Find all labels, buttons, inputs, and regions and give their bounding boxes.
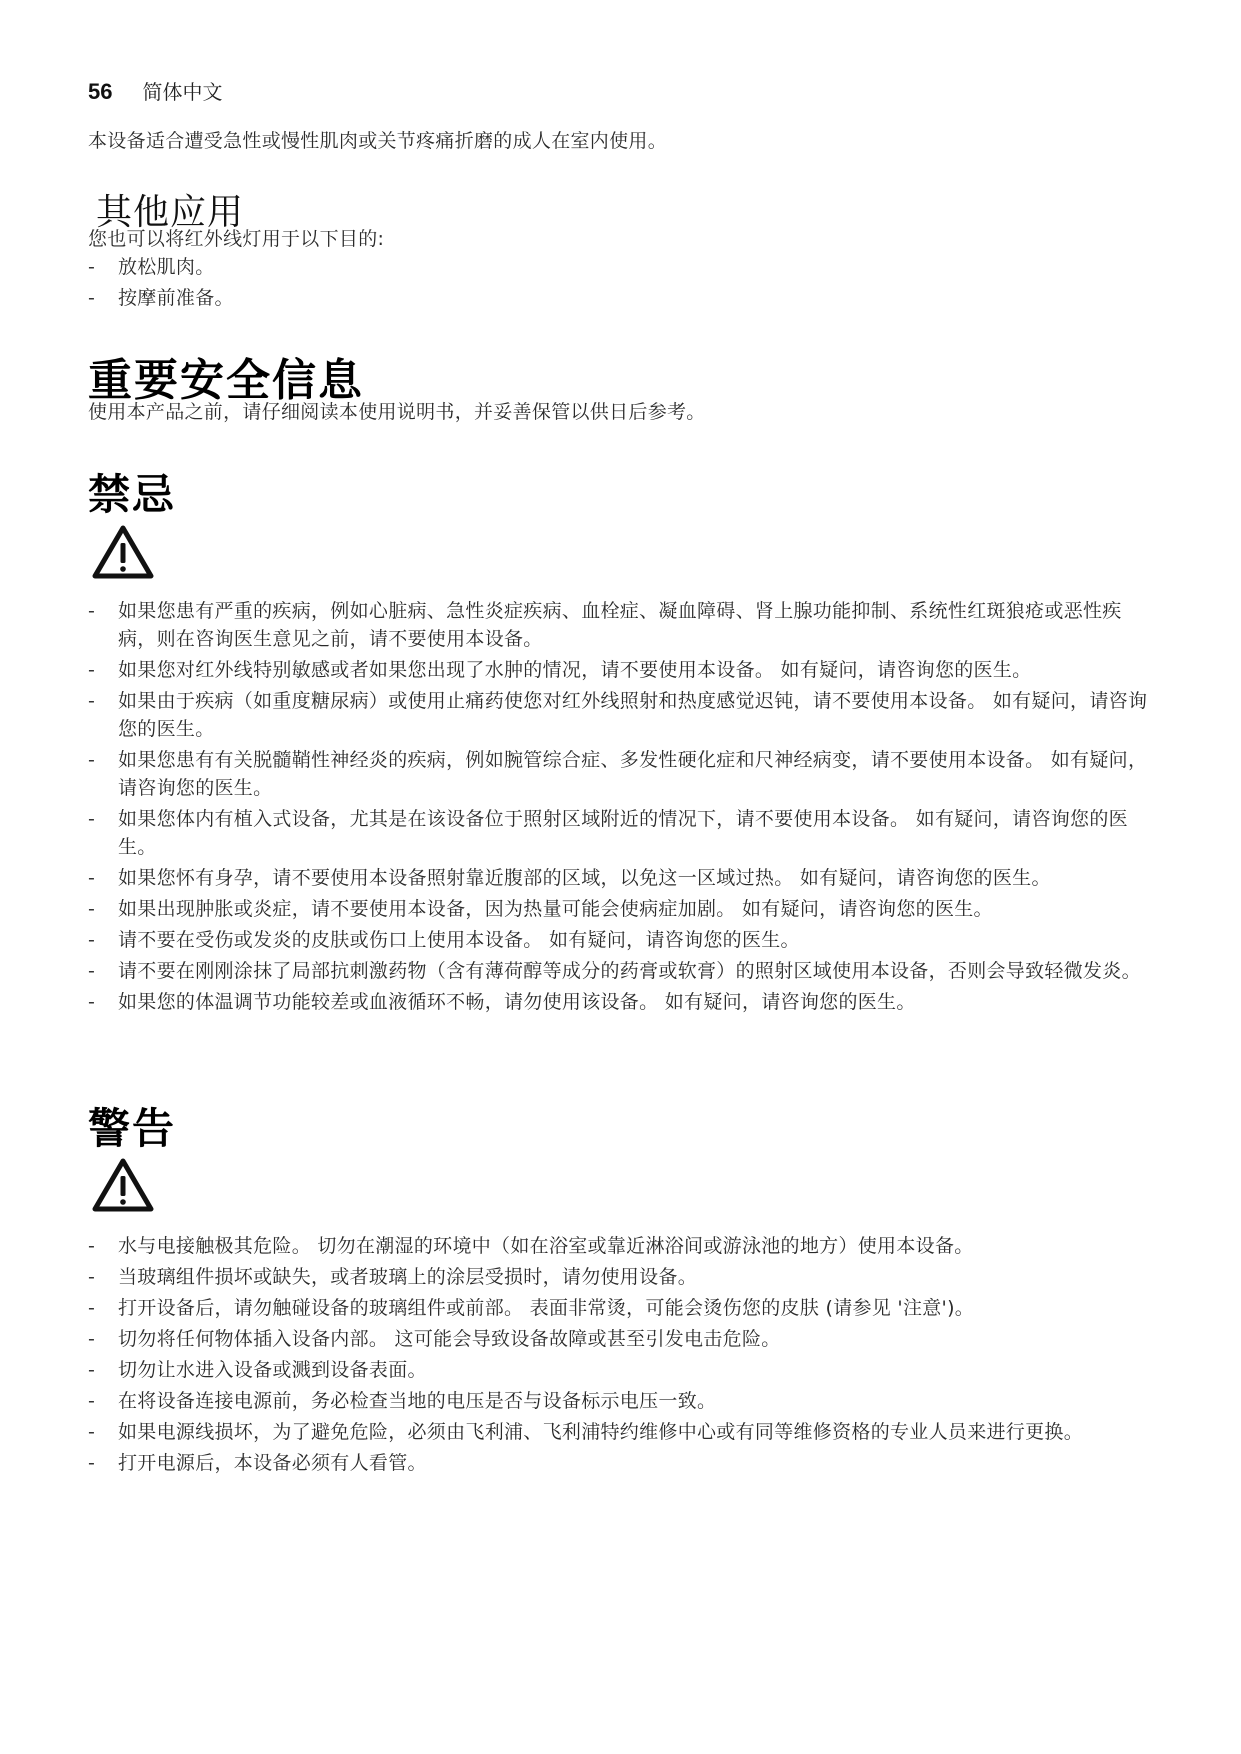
warning-triangle-icon bbox=[91, 524, 155, 584]
list-dash: - bbox=[88, 957, 108, 985]
list-dash: - bbox=[88, 895, 108, 923]
page-number: 56 bbox=[88, 79, 112, 105]
page-header: 56 简体中文 bbox=[88, 76, 222, 105]
list-dash: - bbox=[88, 1449, 108, 1477]
safety-paragraph: 使用本产品之前，请仔细阅读本使用说明书，并妥善保管以供日后参考。 bbox=[88, 397, 706, 427]
list-dash: - bbox=[88, 988, 108, 1016]
list-item: -打开设备后，请勿触碰设备的玻璃组件或前部。 表面非常烫，可能会烫伤您的皮肤 (… bbox=[88, 1294, 1148, 1322]
list-dash: - bbox=[88, 926, 108, 954]
list-dash: - bbox=[88, 656, 108, 684]
list-item: -切勿将任何物体插入设备内部。 这可能会导致设备故障或甚至引发电击危险。 bbox=[88, 1325, 1148, 1353]
list-dash: - bbox=[88, 1387, 108, 1415]
list-dash: - bbox=[88, 687, 108, 715]
other-uses-lead: 您也可以将红外线灯用于以下目的: bbox=[88, 224, 384, 254]
list-item: -如果您体内有植入式设备，尤其是在该设备位于照射区域附近的情况下，请不要使用本设… bbox=[88, 805, 1148, 861]
list-item: -如果出现肿胀或炎症，请不要使用本设备，因为热量可能会使病症加剧。 如有疑问，请… bbox=[88, 895, 1148, 923]
contraindications-heading: 禁忌 bbox=[88, 462, 176, 522]
list-item: -请不要在刚刚涂抹了局部抗刺激药物（含有薄荷醇等成分的药膏或软膏）的照射区域使用… bbox=[88, 957, 1148, 985]
list-item: -如果由于疾病（如重度糖尿病）或使用止痛药使您对红外线照射和热度感觉迟钝，请不要… bbox=[88, 687, 1148, 743]
list-dash: - bbox=[88, 284, 108, 312]
list-dash: - bbox=[88, 1294, 108, 1322]
list-dash: - bbox=[88, 1232, 108, 1260]
list-dash: - bbox=[88, 1325, 108, 1353]
warning-triangle-icon bbox=[91, 1157, 155, 1217]
list-dash: - bbox=[88, 253, 108, 281]
list-item: -如果您患有有关脱髓鞘性神经炎的疾病，例如腕管综合症、多发性硬化症和尺神经病变，… bbox=[88, 746, 1148, 802]
contraindications-list: -如果您患有严重的疾病，例如心脏病、急性炎症疾病、血栓症、凝血障碍、肾上腺功能抑… bbox=[88, 597, 1148, 1019]
list-item: -如果电源线损坏，为了避免危险，必须由飞利浦、飞利浦特约维修中心或有同等维修资格… bbox=[88, 1418, 1148, 1446]
list-dash: - bbox=[88, 597, 108, 625]
list-dash: - bbox=[88, 746, 108, 774]
language-label: 简体中文 bbox=[142, 76, 222, 105]
other-uses-list: -放松肌肉。 -按摩前准备。 bbox=[88, 253, 1148, 315]
list-item: -按摩前准备。 bbox=[88, 284, 1148, 312]
list-item: -在将设备连接电源前，务必检查当地的电压是否与设备标示电压一致。 bbox=[88, 1387, 1148, 1415]
warnings-heading: 警告 bbox=[88, 1096, 176, 1156]
list-dash: - bbox=[88, 1263, 108, 1291]
list-item: -当玻璃组件损坏或缺失，或者玻璃上的涂层受损时，请勿使用设备。 bbox=[88, 1263, 1148, 1291]
list-item: -放松肌肉。 bbox=[88, 253, 1148, 281]
list-item: -切勿让水进入设备或溅到设备表面。 bbox=[88, 1356, 1148, 1384]
list-item: -如果您怀有身孕，请不要使用本设备照射靠近腹部的区域，以免这一区域过热。 如有疑… bbox=[88, 864, 1148, 892]
list-dash: - bbox=[88, 1418, 108, 1446]
list-item: -打开电源后，本设备必须有人看管。 bbox=[88, 1449, 1148, 1477]
list-dash: - bbox=[88, 1356, 108, 1384]
list-item: -如果您患有严重的疾病，例如心脏病、急性炎症疾病、血栓症、凝血障碍、肾上腺功能抑… bbox=[88, 597, 1148, 653]
list-item: -如果您的体温调节功能较差或血液循环不畅，请勿使用该设备。 如有疑问，请咨询您的… bbox=[88, 988, 1148, 1016]
list-dash: - bbox=[88, 805, 108, 833]
list-item: -水与电接触极其危险。 切勿在潮湿的环境中（如在浴室或靠近淋浴间或游泳池的地方）… bbox=[88, 1232, 1148, 1260]
list-item: -如果您对红外线特别敏感或者如果您出现了水肿的情况，请不要使用本设备。 如有疑问… bbox=[88, 656, 1148, 684]
list-item: -请不要在受伤或发炎的皮肤或伤口上使用本设备。 如有疑问，请咨询您的医生。 bbox=[88, 926, 1148, 954]
list-dash: - bbox=[88, 864, 108, 892]
intro-paragraph: 本设备适合遭受急性或慢性肌肉或关节疼痛折磨的成人在室内使用。 bbox=[88, 126, 667, 156]
warnings-list: -水与电接触极其危险。 切勿在潮湿的环境中（如在浴室或靠近淋浴间或游泳池的地方）… bbox=[88, 1232, 1148, 1480]
